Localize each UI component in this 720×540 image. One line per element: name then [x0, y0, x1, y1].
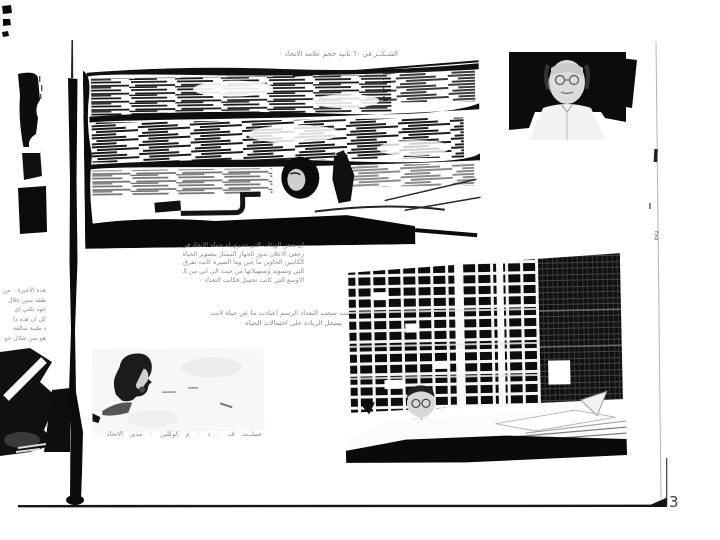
portrait-photo	[509, 52, 627, 140]
files-archive-photo	[83, 59, 482, 249]
profile-photo-art	[91, 347, 264, 433]
profile-photo-caption: حملــت ف ٠ د ٠ م كوكلين ٠ مدير الاتحاد ٠	[94, 430, 264, 438]
files-archive-photo-art	[83, 59, 482, 249]
text-line: ليست سحب التعداد الرسم اعتادت ما عن حياة…	[166, 308, 356, 318]
text-line: جهد يكني اي	[0, 305, 46, 315]
tape-library-photo-art	[342, 249, 627, 468]
scanned-document-slide: الشـكــر في ٦٠ ثانية حجم علامة الاتحاد ٠	[0, 0, 720, 540]
left-page-fragment-strip	[14, 73, 47, 234]
text-line: ان بعض الهيئات التي تسري له حملة الاتحاد…	[183, 242, 304, 251]
text-line: هذه الأخيرة ٠ من	[0, 286, 46, 296]
text-line: الكاتبين الحاوين ما حين وما السيرة كانت …	[183, 259, 304, 268]
text-line: هو سن شلال خو	[0, 334, 46, 344]
text-line: رجعى الاعلان بدور الجهاز الممتاز بتصوير …	[183, 251, 304, 260]
left-page-fragment-photo	[0, 348, 70, 456]
portrait-photo-art	[509, 52, 627, 140]
text-line: كل ان هذه ذا	[0, 315, 46, 325]
right-margin-mark: ٣٨٥	[653, 221, 660, 251]
text-line: طقة سين خلال	[0, 296, 46, 306]
text-line: د طيبة سالفة	[0, 324, 46, 334]
body-paragraph-2: ليست سحب التعداد الرسم اعتادت ما عن حياة…	[166, 308, 356, 328]
body-paragraph-1: ان بعض الهيئات التي تسري له حملة الاتحاد…	[183, 242, 304, 286]
profile-photo	[91, 347, 264, 433]
page-number: 3	[669, 493, 679, 511]
text-line: الاوسع التي كانت تحتمل فكانت التعداد ٠	[183, 277, 304, 286]
text-line: يسجل الزيادة على احتمالات الحياة ٠	[166, 318, 356, 328]
corner-marks	[2, 5, 12, 37]
top-caption: الشـكــر في ٦٠ ثانية حجم علامة الاتحاد ٠	[272, 50, 398, 58]
tape-library-photo	[342, 249, 627, 468]
left-column-text-fragment: هذه الأخيرة ٠ من طقة سين خلال جهد يكني ا…	[0, 286, 46, 344]
bottom-page-border	[18, 458, 667, 507]
text-line: التي وتسويد وتسهيلاتها من حيث الى اتى من…	[183, 268, 304, 277]
